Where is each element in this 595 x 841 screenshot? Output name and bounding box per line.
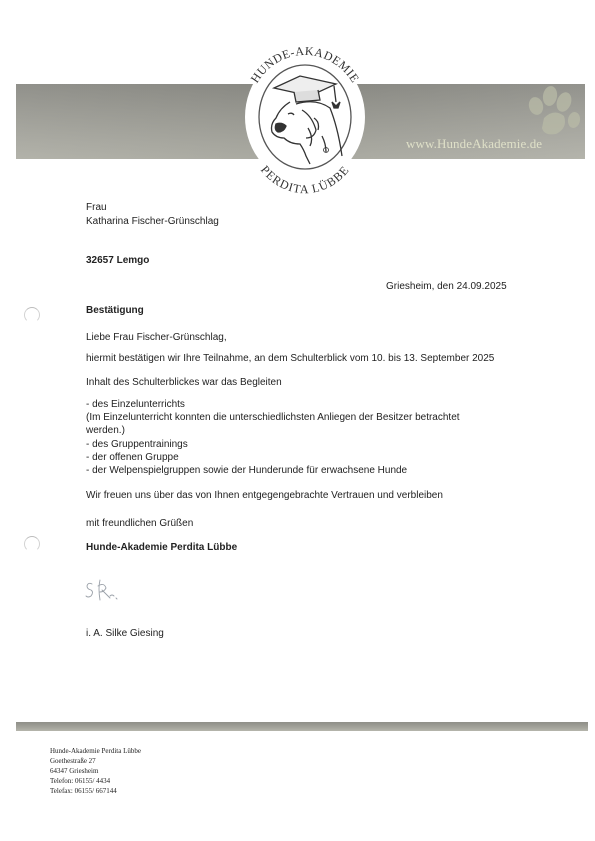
- recipient-city: 32657 Lemgo: [86, 255, 149, 267]
- academy-logo: HUNDE-AKADEMIE PERDITA LÜBBE: [230, 32, 380, 197]
- subject-heading: Bestätigung: [86, 305, 144, 317]
- website-url: www.HundeAkademie.de: [406, 136, 542, 152]
- content-list: - des Einzelunterrichts (Im Einzelunterr…: [86, 398, 460, 477]
- list-item: - der offenen Gruppe: [86, 451, 460, 464]
- recipient-name: Katharina Fischer-Grünschlag: [86, 216, 219, 228]
- footer-line: Hunde-Akademie Perdita Lübbe: [50, 746, 141, 756]
- date-line: Griesheim, den 24.09.2025: [386, 281, 507, 293]
- company-signature: Hunde-Akademie Perdita Lübbe: [86, 542, 237, 554]
- list-item: (Im Einzelunterricht konnten die untersc…: [86, 411, 460, 424]
- signer-name: i. A. Silke Giesing: [86, 628, 164, 640]
- paw-print-icon: [524, 84, 584, 140]
- hole-punch-mark: [24, 307, 40, 323]
- paragraph-content-intro: Inhalt des Schulterblickes war das Begle…: [86, 377, 282, 389]
- list-item: werden.): [86, 424, 460, 437]
- footer-line: Telefax: 06155/ 667144: [50, 786, 141, 796]
- footer-line: Goethestraße 27: [50, 756, 141, 766]
- recipient-salutation: Frau: [86, 202, 107, 214]
- list-item: - des Einzelunterrichts: [86, 398, 460, 411]
- list-item: - des Gruppentrainings: [86, 438, 460, 451]
- list-item: - der Welpenspielgruppen sowie der Hunde…: [86, 464, 460, 477]
- greeting: Liebe Frau Fischer-Grünschlag,: [86, 332, 227, 344]
- paragraph-confirmation: hiermit bestätigen wir Ihre Teilnahme, a…: [86, 353, 494, 365]
- handwritten-signature: [84, 574, 124, 608]
- footer-bar: [16, 722, 588, 731]
- footer-line: Telefon: 06155/ 4434: [50, 776, 141, 786]
- footer-address: Hunde-Akademie Perdita Lübbe Goethestraß…: [50, 746, 141, 796]
- hole-punch-mark: [24, 536, 40, 552]
- paragraph-closing-remark: Wir freuen uns über das von Ihnen entgeg…: [86, 490, 443, 502]
- closing-phrase: mit freundlichen Grüßen: [86, 518, 193, 530]
- footer-line: 64347 Griesheim: [50, 766, 141, 776]
